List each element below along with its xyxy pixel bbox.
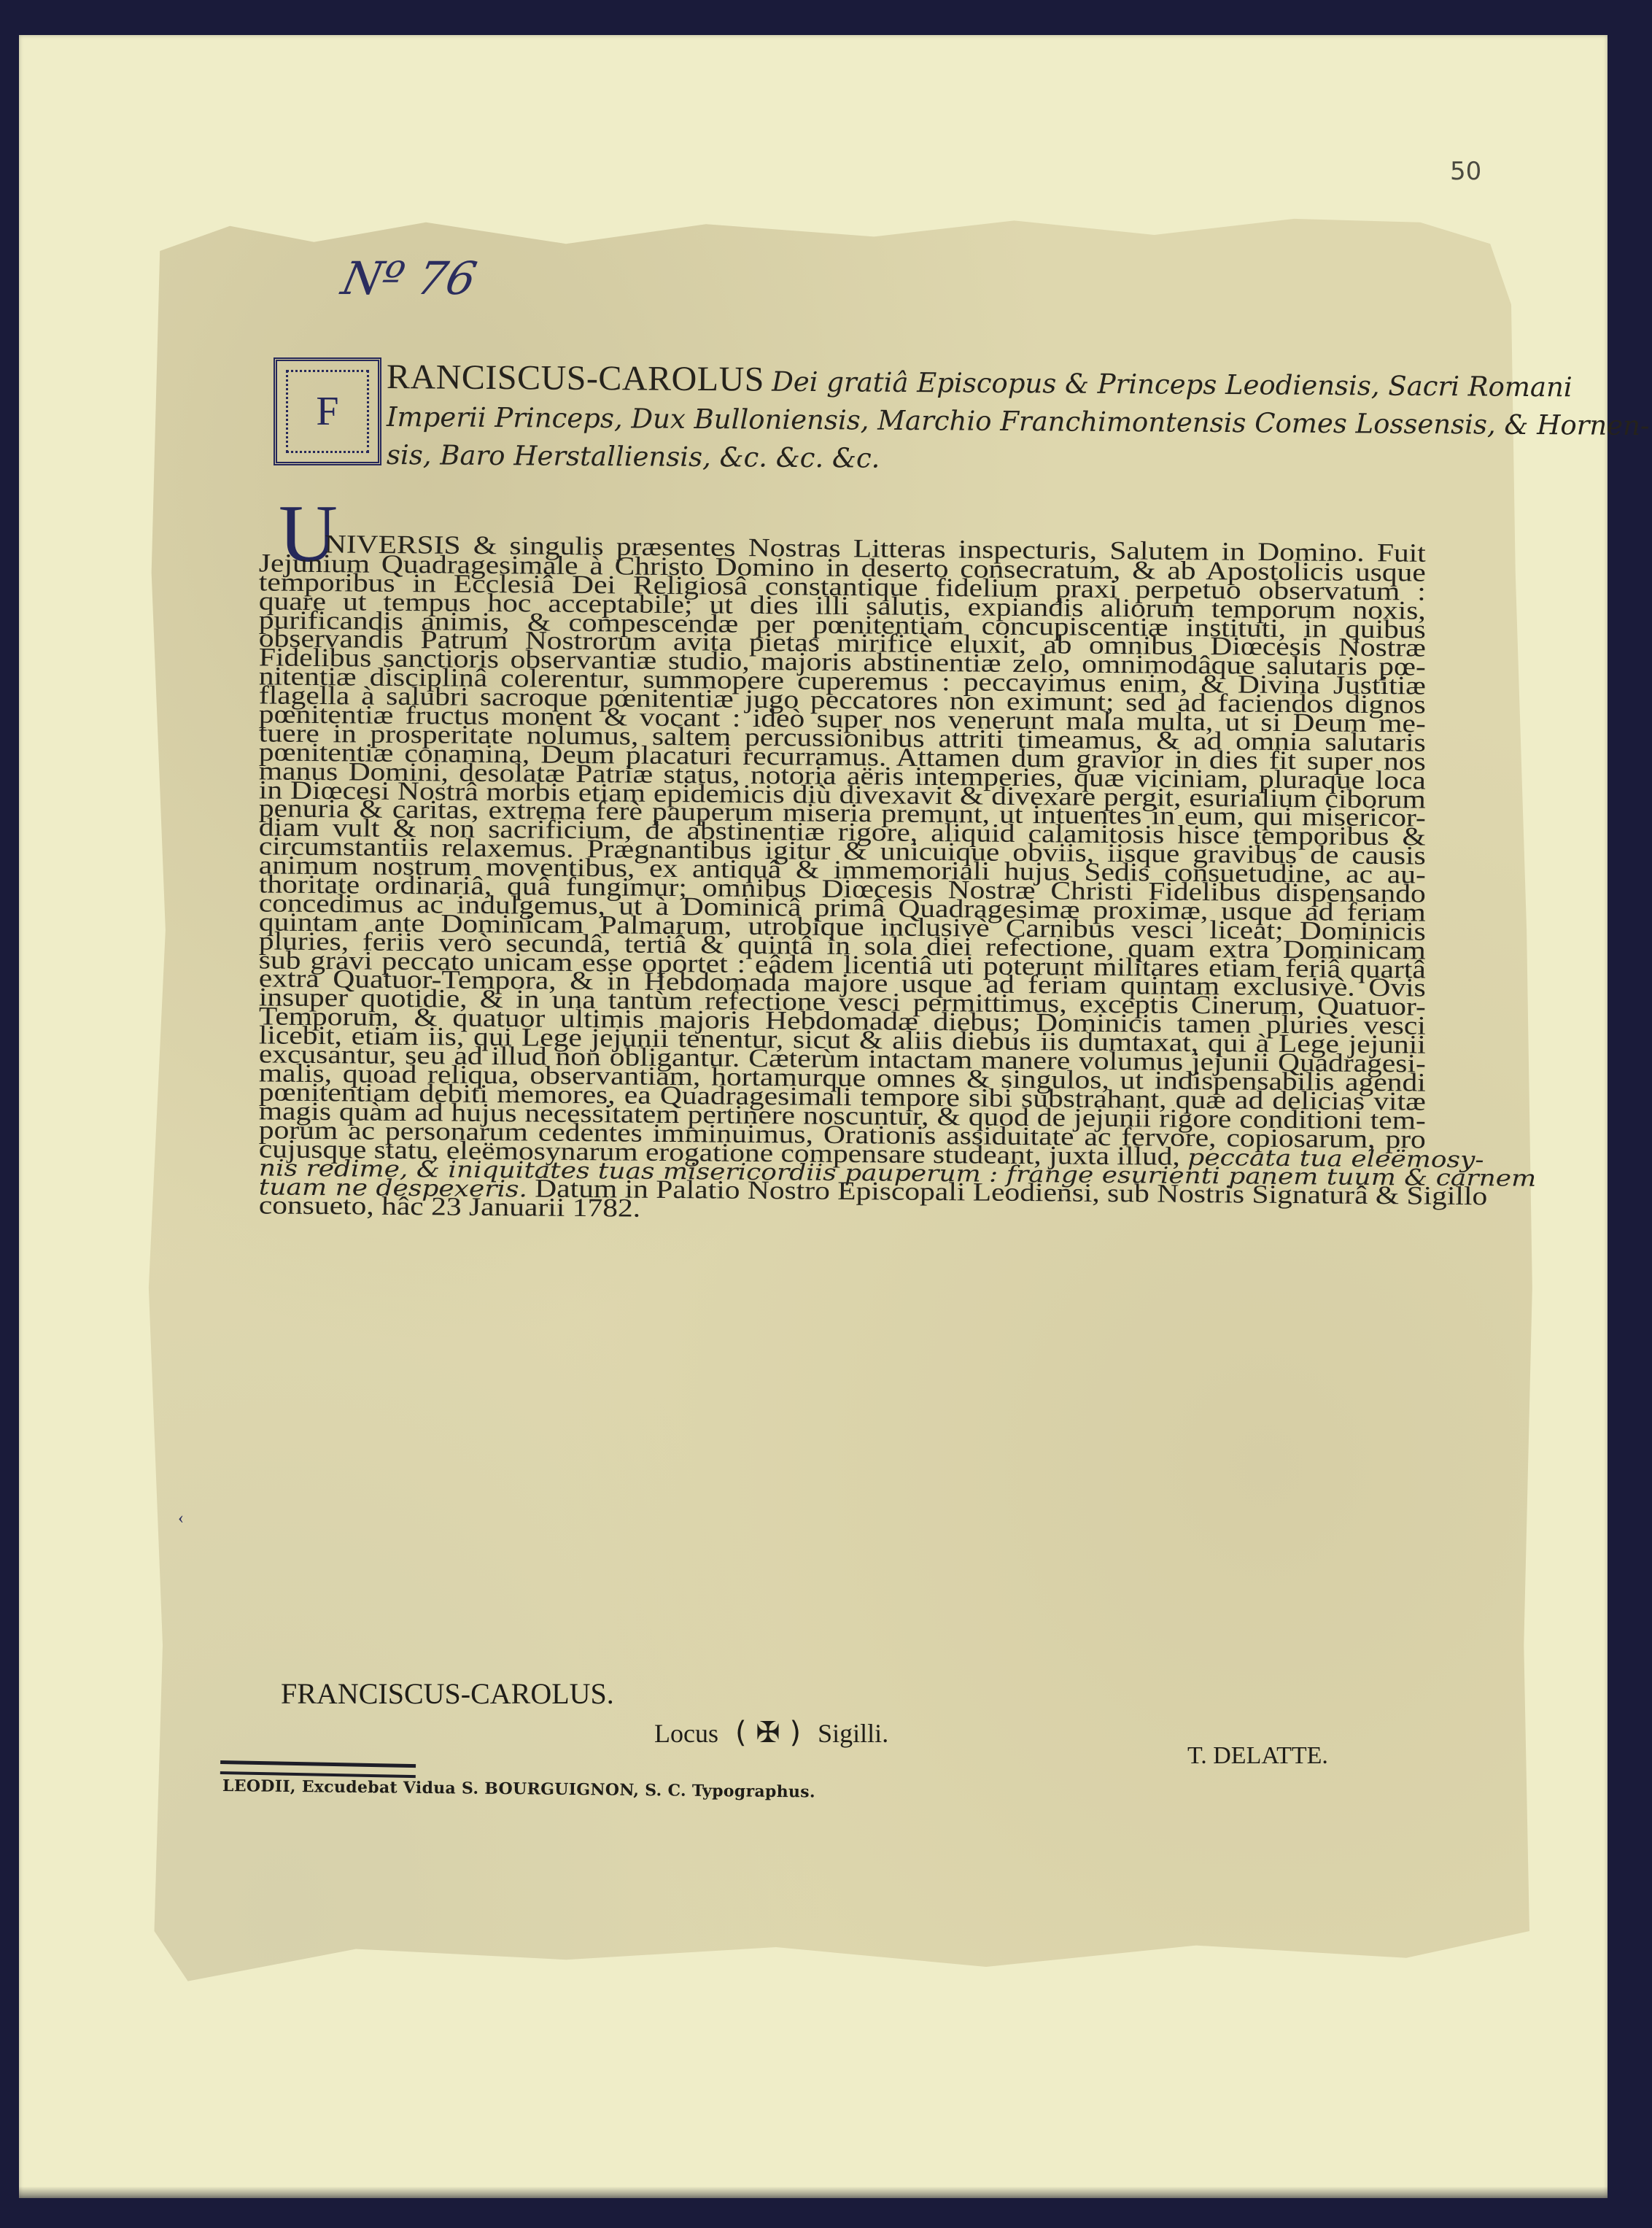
title-block: RANCISCUS-CAROLUS Dei gratiâ Episcopus &… [387,359,1444,473]
cross-symbol: ✠ [756,1716,780,1749]
body-text: NIVERSIS & singulis præsentes Nostras Li… [259,536,1426,1216]
title-name: RANCISCUS-CAROLUS [387,357,764,399]
cross-icon: ( ✠ ) [735,1716,801,1749]
folio-number: 50 [1450,157,1481,186]
seal-label-left: Locus [654,1719,718,1748]
countersignature: T. DELATTE. [1187,1742,1328,1770]
seal-label-right: Sigilli. [818,1719,888,1748]
decorated-initial-letter: F [316,388,338,435]
margin-mark-icon: ‹ [178,1509,184,1528]
manuscript-number: Nº 76 [337,252,481,305]
title-styles-3: sis, Baro Herstalliensis, &c. &c. &c. [387,439,880,474]
signature: FRANCISCUS-CAROLUS. [281,1676,614,1711]
title-line-3: sis, Baro Herstalliensis, &c. &c. &c. [387,436,1444,481]
seal-placeholder: Locus ( ✠ ) Sigilli. [654,1716,888,1749]
title-styles-1: Dei gratiâ Episcopus & Princeps Leodiens… [772,366,1572,403]
decorated-initial-f-icon: F [274,357,381,465]
